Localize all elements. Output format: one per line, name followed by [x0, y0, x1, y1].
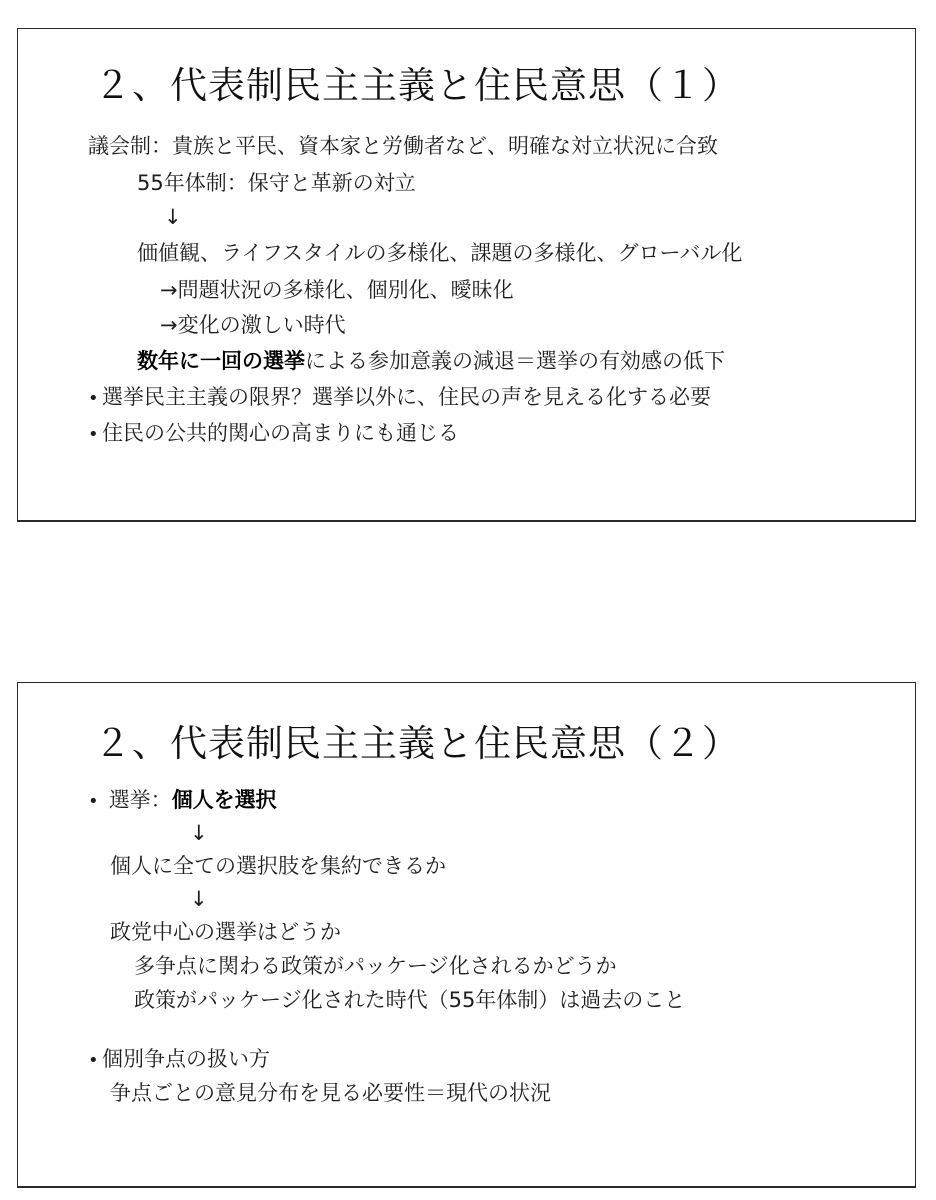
text-line: 議会制：貴族と平民、資本家と労働者など、明確な対立状況に合致: [88, 136, 718, 157]
arrow-down-icon: ↓: [190, 823, 208, 844]
slide-2: ２、代表制民主主義と住民意思（２） 選挙：個人を選択 ↓ 個人に全ての選択肢を集…: [17, 682, 916, 1188]
bullet-item: 住民の公共的関心の高まりにも通じる: [88, 423, 459, 444]
arrow-down-icon: ↓: [190, 889, 208, 910]
bullet-item: 選挙：個人を選択: [88, 790, 277, 811]
emphasis-text: 数年に一回の選挙: [137, 349, 305, 373]
bullet-item: 個別争点の扱い方: [88, 1049, 270, 1070]
slide-1: ２、代表制民主主義と住民意思（１） 議会制：貴族と平民、資本家と労働者など、明確…: [17, 28, 916, 522]
text-line: 政策がパッケージ化された時代（55年体制）は過去のこと: [134, 990, 685, 1011]
text-line: →変化の激しい時代: [160, 315, 346, 336]
slide-title: ２、代表制民主主義と住民意思（２）: [94, 713, 740, 767]
bullet-text: 個別争点の扱い方: [102, 1047, 270, 1071]
text-span: による参加意義の減退＝選挙の有効感の低下: [305, 349, 725, 373]
text-line: 数年に一回の選挙による参加意義の減退＝選挙の有効感の低下: [137, 351, 725, 372]
text-line: 55年体制：保守と革新の対立: [137, 173, 416, 194]
bullet-text: 選挙民主主義の限界？選挙以外に、住民の声を見える化する必要: [102, 385, 711, 409]
emphasis-text: 個人を選択: [172, 788, 277, 812]
text-line: 多争点に関わる政策がパッケージ化されるかどうか: [134, 956, 617, 977]
text-line: 政党中心の選挙はどうか: [110, 922, 341, 943]
text-line: 個人に全ての選択肢を集約できるか: [110, 856, 446, 877]
text-span: 選挙：: [109, 788, 172, 812]
arrow-down-icon: ↓: [164, 207, 182, 228]
bullet-item: 選挙民主主義の限界？選挙以外に、住民の声を見える化する必要: [88, 387, 711, 408]
text-line: 価値観、ライフスタイルの多様化、課題の多様化、グローバル化: [137, 243, 742, 264]
slide-title: ２、代表制民主主義と住民意思（１）: [94, 55, 740, 109]
bullet-text: 住民の公共的関心の高まりにも通じる: [102, 421, 459, 445]
text-line: 争点ごとの意見分布を見る必要性＝現代の状況: [110, 1083, 551, 1104]
text-line: →問題状況の多様化、個別化、曖昧化: [160, 280, 514, 301]
